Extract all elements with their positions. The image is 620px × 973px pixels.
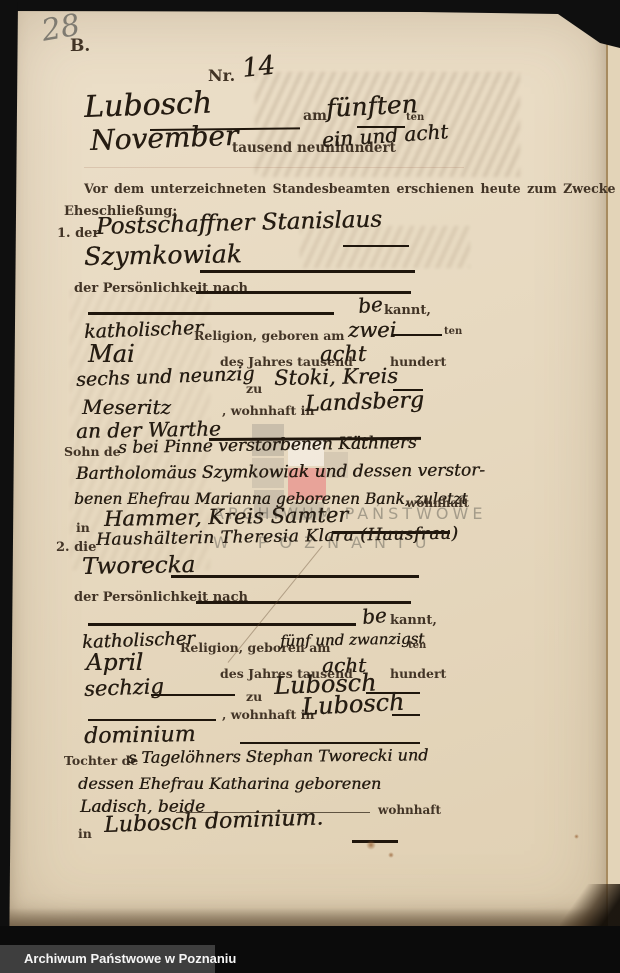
ink-rule xyxy=(88,312,334,315)
archive-label-bar: Archiwum Państwowe w Poznaniu xyxy=(0,945,215,973)
page-curl-shadow xyxy=(560,884,620,928)
ink-rule xyxy=(392,334,442,336)
header-place: Lubosch xyxy=(83,86,212,125)
groom-sohn-label: Sohn de xyxy=(64,444,121,459)
bride-parents-line1: s Tagelöhners Stephan Tworecki und xyxy=(128,745,428,767)
groom-persoenlichkeit-label: der Persönlichkeit nach xyxy=(74,281,248,296)
form-letter: B. xyxy=(70,36,90,56)
bride-be: be xyxy=(361,603,388,629)
groom-residence-line1: Landsberg xyxy=(305,388,425,417)
archive-label: Archiwum Państwowe w Poznaniu xyxy=(0,945,215,973)
form-guide-line xyxy=(84,167,464,168)
groom-zu-label: zu xyxy=(246,381,262,396)
groom-ten-label: ten xyxy=(444,326,462,337)
ink-rule xyxy=(88,719,216,721)
ink-rule xyxy=(200,270,415,273)
groom-religion-label: Religion, geboren am xyxy=(194,328,345,343)
bride-parents-line2: dessen Ehefrau Katharina geborenen xyxy=(78,774,381,793)
groom-item-label: 1. der xyxy=(57,226,99,241)
am-label: am xyxy=(303,108,327,124)
bride-birth-year: sechzig xyxy=(84,674,165,701)
groom-birth-place-line1: Stoki, Kreis xyxy=(274,364,398,390)
groom-in-label: in xyxy=(76,520,90,535)
next-page-edge xyxy=(606,30,620,928)
bride-kannt-label: kannt, xyxy=(390,613,437,628)
bride-residence-line2: dominium xyxy=(84,722,196,749)
scanned-document: ARCHIWUM PAŃSTWOWE W POZNANIU 28 B. Nr. … xyxy=(0,0,620,973)
nr-label: Nr. xyxy=(208,66,235,85)
foxing-spot xyxy=(388,852,394,858)
header-day: fünften xyxy=(325,89,418,123)
intro-line-1: Vor dem unterzeichneten Standesbeamten e… xyxy=(84,181,620,196)
foxing-spot xyxy=(574,834,579,839)
nr-value: 14 xyxy=(240,51,276,84)
groom-be: be xyxy=(357,292,384,318)
ink-rule xyxy=(343,245,409,247)
groom-name-line2: Szymkowiak xyxy=(84,239,242,271)
ink-rule xyxy=(392,714,420,716)
groom-parents-line2: Bartholomäus Szymkowiak und dessen verst… xyxy=(76,460,485,484)
bride-birth-day: fünf und zwanzigst xyxy=(280,629,425,650)
groom-wohnhaft-label: , wohnhaft in xyxy=(222,403,315,418)
groom-birth-month: Mai xyxy=(88,340,135,368)
bride-residence-line1: Lubosch xyxy=(301,688,405,721)
bride-item-label: 2. die xyxy=(56,540,96,555)
bride-birth-month: April xyxy=(86,650,143,676)
bride-wohnhaft-label: , wohnhaft in xyxy=(222,707,315,722)
groom-hundert-label: hundert xyxy=(390,354,446,369)
ink-rule xyxy=(151,694,235,696)
ink-rule xyxy=(240,742,420,744)
bride-ten-label: ten xyxy=(408,640,426,651)
bride-hundert-label: hundert xyxy=(390,666,446,681)
bride-in-label: in xyxy=(78,826,92,841)
groom-birth-century: acht xyxy=(320,342,366,366)
bride-wohnhaft2-label: wohnhaft xyxy=(378,803,441,817)
groom-kannt-label: kannt, xyxy=(384,303,431,318)
page-bottom-shadow xyxy=(8,908,608,928)
groom-birth-day: zwei xyxy=(348,318,396,342)
foxing-spot xyxy=(366,840,376,850)
bride-zu-label: zu xyxy=(246,689,262,704)
groom-birth-place-line2: Meseritz xyxy=(82,395,171,419)
header-month: November xyxy=(89,119,238,157)
groom-wohnhaft2-label: wohnhaft xyxy=(406,496,469,510)
ink-rule xyxy=(88,623,356,626)
